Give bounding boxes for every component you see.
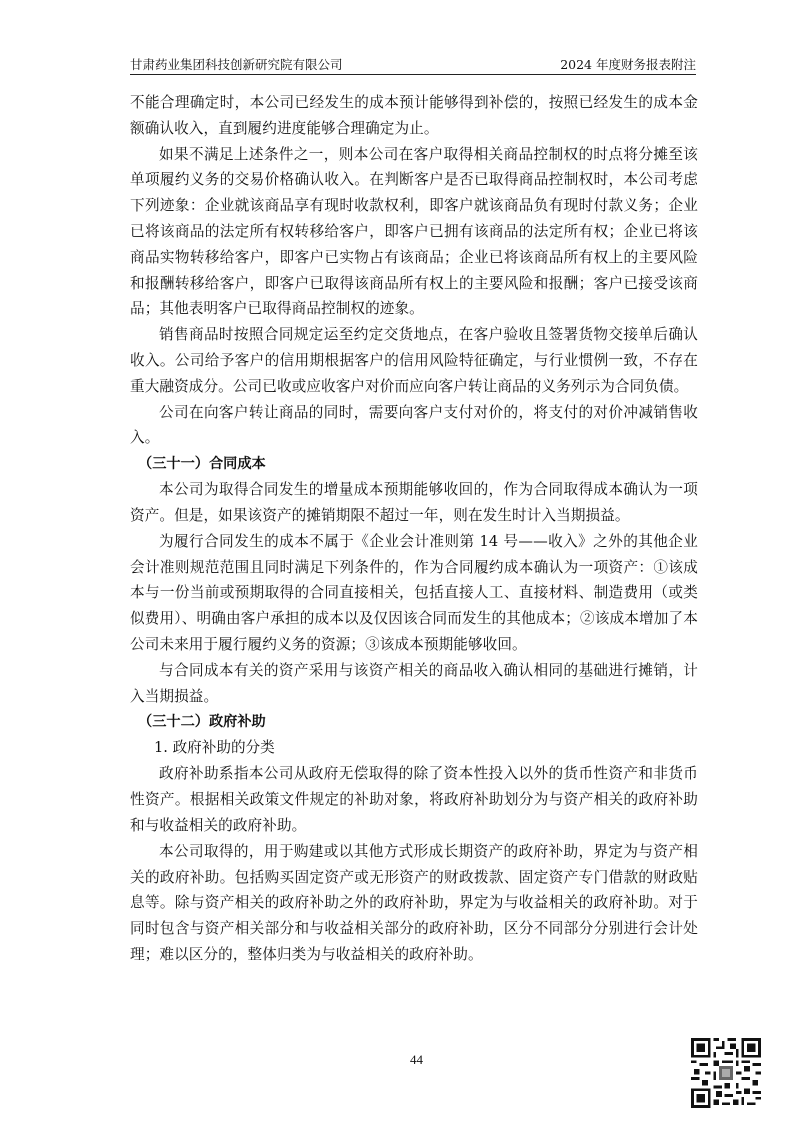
paragraph-continued: 不能合理确定时，本公司已经发生的成本预计能够得到补偿的，按照已经发生的成本金额确…	[130, 90, 698, 142]
header-company-name: 甘肃药业集团科技创新研究院有限公司	[130, 55, 343, 73]
page-number: 44	[410, 1052, 423, 1068]
paragraph-consideration-payable: 公司在向客户转让商品的同时，需要向客户支付对价的，将支付的对价冲减销售收入。	[130, 400, 698, 452]
header-report-title: 2024 年度财务报表附注	[560, 55, 696, 73]
paragraph-grant-definition: 政府补助系指本公司从政府无偿取得的除了资本性投入以外的货币性资产和非货币性资产。…	[130, 761, 698, 838]
qr-code-icon	[691, 1038, 761, 1108]
subheading-grant-classification: 1. 政府补助的分类	[130, 735, 698, 761]
section-heading-contract-costs: （三十一）合同成本	[130, 451, 698, 477]
paragraph-fulfilment-costs: 为履行合同发生的成本不属于《企业会计准则第 14 号——收入》之外的其他企业会计…	[130, 529, 698, 658]
paragraph-acquisition-costs: 本公司为取得合同发生的增量成本预期能够收回的，作为合同取得成本确认为一项资产。但…	[130, 477, 698, 529]
document-body: 不能合理确定时，本公司已经发生的成本预计能够得到补偿的，按照已经发生的成本金额确…	[130, 90, 698, 968]
paragraph-control-transfer: 如果不满足上述条件之一，则本公司在客户取得相关商品控制权的时点将分摊至该单项履约…	[130, 142, 698, 323]
paragraph-amortization: 与合同成本有关的资产采用与该资产相关的商品收入确认相同的基础进行摊销，计入当期损…	[130, 658, 698, 710]
section-heading-government-grants: （三十二）政府补助	[130, 709, 698, 735]
paragraph-sales-recognition: 销售商品时按照合同规定运至约定交货地点，在客户验收且签署货物交接单后确认收入。公…	[130, 322, 698, 399]
paragraph-grant-types: 本公司取得的，用于购建或以其他方式形成长期资产的政府补助，界定为与资产相关的政府…	[130, 839, 698, 968]
page-header: 甘肃药业集团科技创新研究院有限公司 2024 年度财务报表附注	[130, 54, 696, 75]
